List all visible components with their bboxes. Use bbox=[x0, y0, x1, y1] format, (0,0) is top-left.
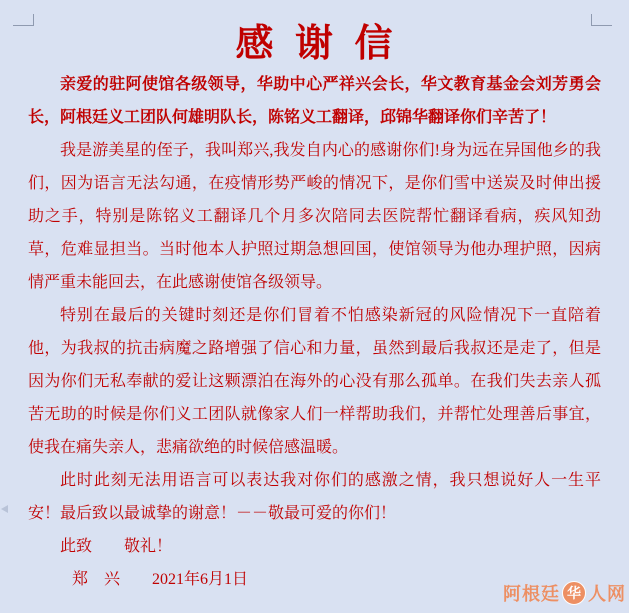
paragraph-middle: 特别在最后的关键时刻还是你们冒着不怕感染新冠的风险情况下一直陪着他，为我叔的抗击… bbox=[28, 299, 601, 464]
paragraph-intro: 我是游美星的侄子，我叫郑兴,我发自内心的感谢你们!身为远在异国他乡的我们，因为语… bbox=[28, 134, 601, 299]
watermark-text-suffix: 人网 bbox=[588, 580, 626, 606]
letter-paragraphs: 亲爱的驻阿使馆各级领导，华助中心严祥兴会长，华文教育基金会刘芳勇会长，阿根廷义工… bbox=[28, 68, 601, 596]
watermark-text-prefix: 阿根廷 bbox=[503, 580, 560, 606]
paragraph-thanks: 此时此刻无法用语言可以表达我对你们的感激之情，我只想说好人一生平安！最后致以最诚… bbox=[28, 464, 601, 530]
letter-title: 感 谢 信 bbox=[28, 20, 601, 68]
site-watermark: 阿根廷 华 人网 bbox=[503, 580, 626, 606]
document-page: 感 谢 信 亲爱的驻阿使馆各级领导，华助中心严祥兴会长，华文教育基金会刘芳勇会长… bbox=[0, 0, 629, 613]
watermark-logo-icon: 华 bbox=[562, 581, 586, 605]
salutation-paragraph: 亲爱的驻阿使馆各级领导，华助中心严祥兴会长，华文教育基金会刘芳勇会长，阿根廷义工… bbox=[28, 68, 601, 134]
letter-body: 感 谢 信 亲爱的驻阿使馆各级领导，华助中心严祥兴会长，华文教育基金会刘芳勇会长… bbox=[28, 20, 601, 596]
left-margin-mark bbox=[1, 505, 8, 513]
closing-line: 此致 敬礼！ bbox=[28, 530, 601, 563]
